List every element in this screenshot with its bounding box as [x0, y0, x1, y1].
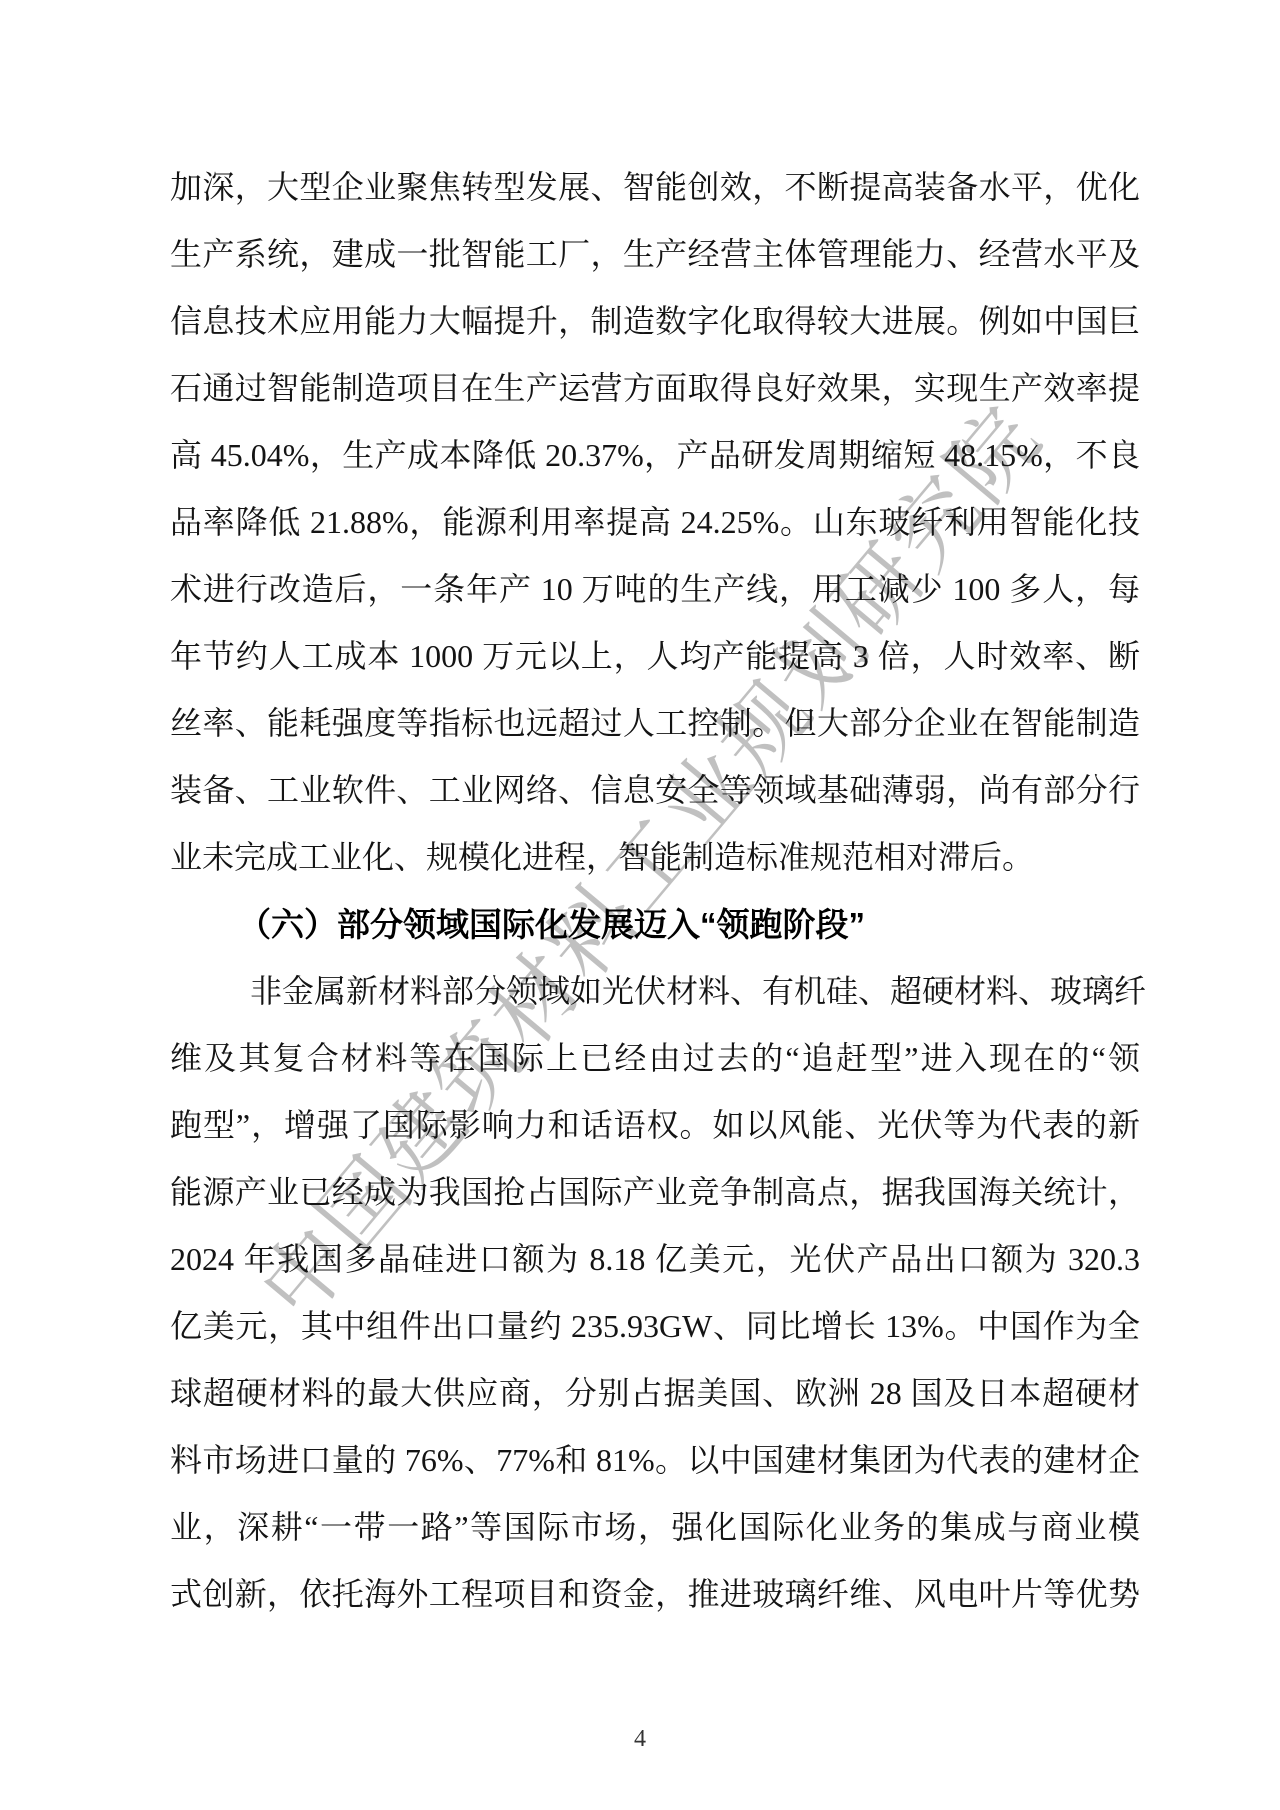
text-line: 品率降低 21.88%，能源利用率提高 24.25%。山东玻纤利用智能化技 — [170, 489, 1140, 556]
text-line: 2024 年我国多晶硅进口额为 8.18 亿美元，光伏产品出口额为 320.3 — [170, 1226, 1140, 1293]
text-line: 装备、工业软件、工业网络、信息安全等领域基础薄弱，尚有部分行 — [170, 757, 1140, 824]
text-line: 亿美元，其中组件出口量约 235.93GW、同比增长 13%。中国作为全 — [170, 1293, 1140, 1360]
section-heading: （六）部分领域国际化发展迈入“领跑阶段” — [170, 891, 1140, 958]
page-content: 加深，大型企业聚焦转型发展、智能创效，不断提高装备水平，优化 生产系统，建成一批… — [170, 154, 1140, 1628]
text-line: 非金属新材料部分领域如光伏材料、有机硅、超硬材料、玻璃纤 — [170, 958, 1140, 1025]
paragraph-continuation: 加深，大型企业聚焦转型发展、智能创效，不断提高装备水平，优化 生产系统，建成一批… — [170, 154, 1140, 891]
text-line: 生产系统，建成一批智能工厂，生产经营主体管理能力、经营水平及 — [170, 221, 1140, 288]
text-line: 信息技术应用能力大幅提升，制造数字化取得较大进展。例如中国巨 — [170, 288, 1140, 355]
text-line: 式创新，依托海外工程项目和资金，推进玻璃纤维、风电叶片等优势 — [170, 1561, 1140, 1628]
text-line: 术进行改造后，一条年产 10 万吨的生产线，用工减少 100 多人，每 — [170, 556, 1140, 623]
text-line: 高 45.04%，生产成本降低 20.37%，产品研发周期缩短 48.15%，不… — [170, 422, 1140, 489]
document-page: 中国建筑材料工业规划研究院 加深，大型企业聚焦转型发展、智能创效，不断提高装备水… — [0, 0, 1280, 1810]
page-number: 4 — [0, 1726, 1280, 1753]
text-line: 加深，大型企业聚焦转型发展、智能创效，不断提高装备水平，优化 — [170, 154, 1140, 221]
text-line: 石通过智能制造项目在生产运营方面取得良好效果，实现生产效率提 — [170, 355, 1140, 422]
text-line: 球超硬材料的最大供应商，分别占据美国、欧洲 28 国及日本超硬材 — [170, 1360, 1140, 1427]
text-line: 跑型”，增强了国际影响力和话语权。如以风能、光伏等为代表的新 — [170, 1092, 1140, 1159]
text-line: 年节约人工成本 1000 万元以上，人均产能提高 3 倍，人时效率、断 — [170, 623, 1140, 690]
text-line: 业未完成工业化、规模化进程，智能制造标准规范相对滞后。 — [170, 824, 1140, 891]
text-line: 料市场进口量的 76%、77%和 81%。以中国建材集团为代表的建材企 — [170, 1427, 1140, 1494]
text-line: 能源产业已经成为我国抢占国际产业竞争制高点，据我国海关统计， — [170, 1159, 1140, 1226]
text-line: 维及其复合材料等在国际上已经由过去的“追赶型”进入现在的“领 — [170, 1025, 1140, 1092]
paragraph-body: 非金属新材料部分领域如光伏材料、有机硅、超硬材料、玻璃纤 维及其复合材料等在国际… — [170, 958, 1140, 1628]
text-line: 业，深耕“一带一路”等国际市场，强化国际化业务的集成与商业模 — [170, 1494, 1140, 1561]
text-line: 丝率、能耗强度等指标也远超过人工控制。但大部分企业在智能制造 — [170, 690, 1140, 757]
